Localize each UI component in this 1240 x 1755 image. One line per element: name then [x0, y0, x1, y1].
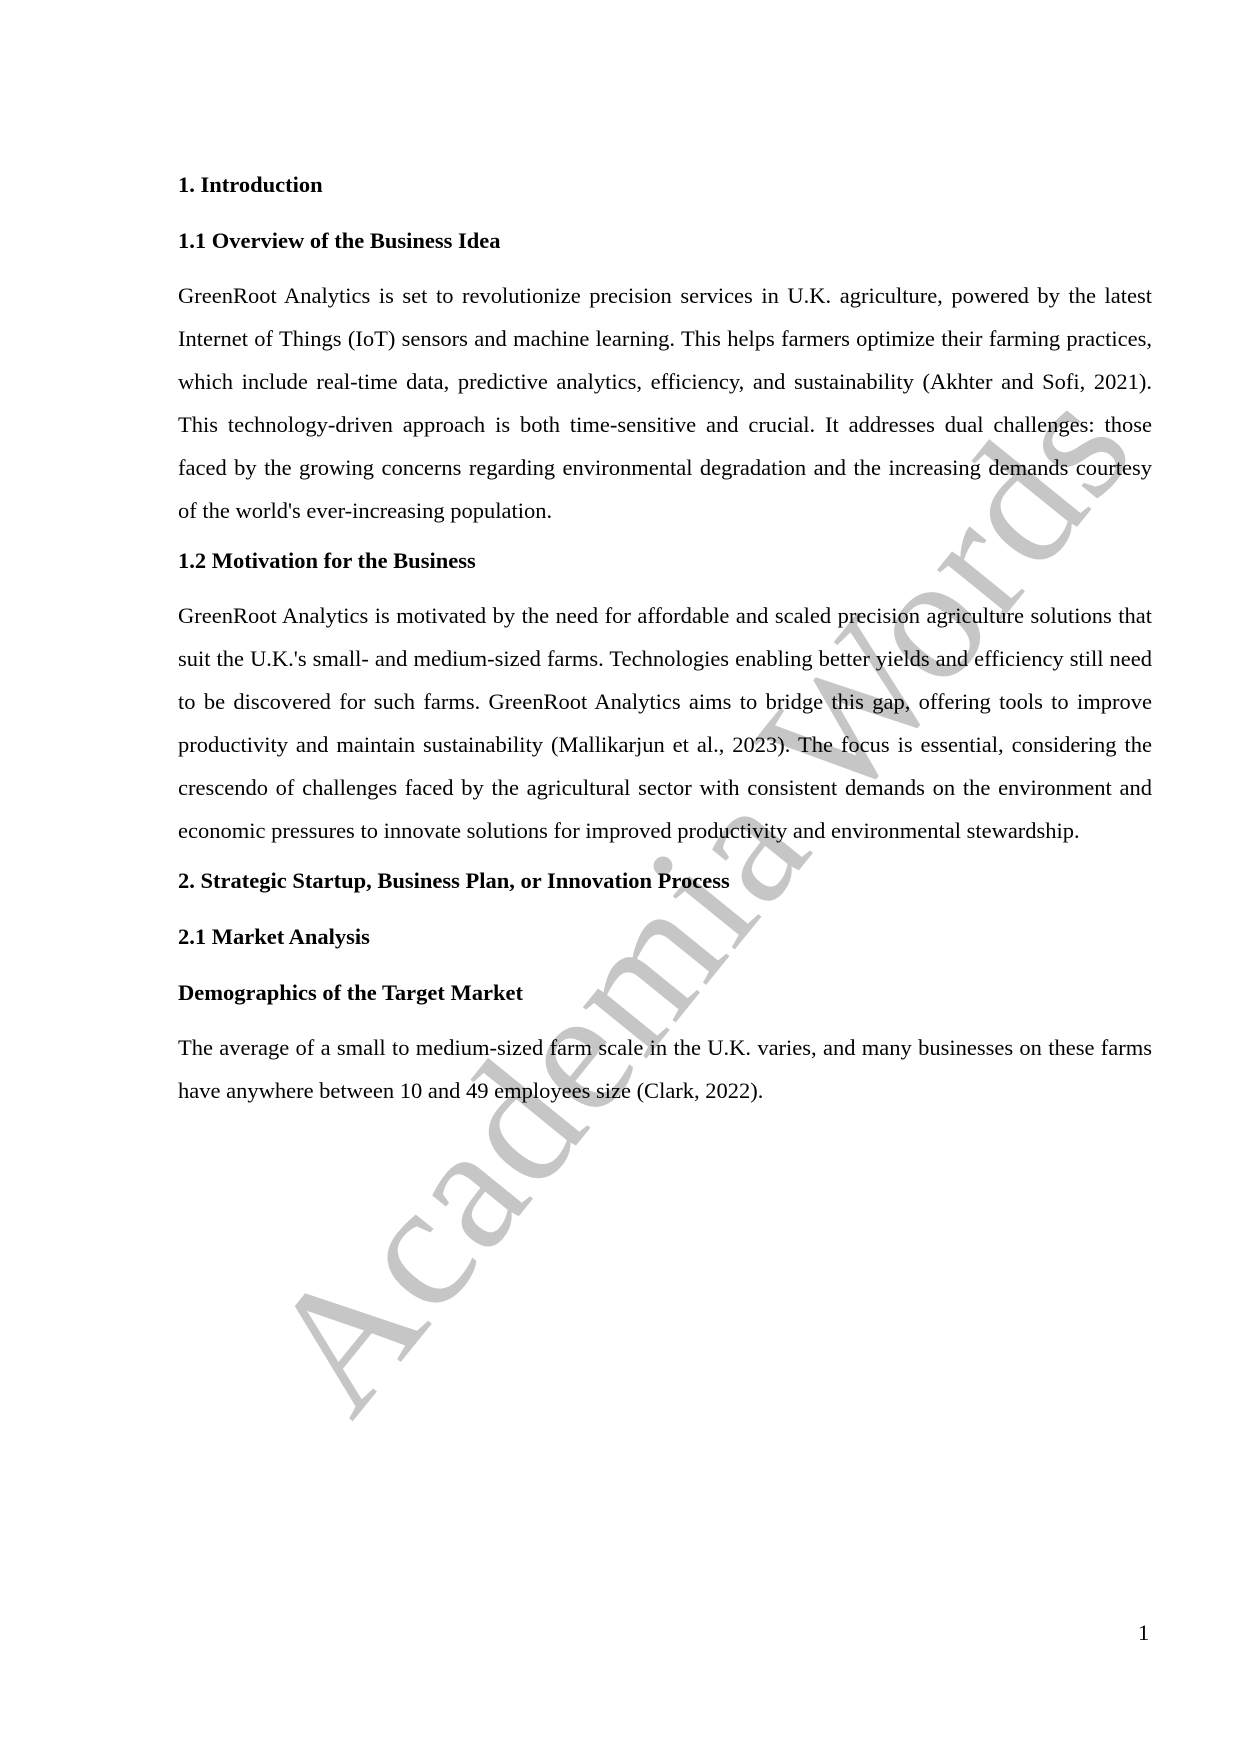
heading-strategic-startup: 2. Strategic Startup, Business Plan, or …: [178, 866, 1152, 896]
document-page: 1. Introduction 1.1 Overview of the Busi…: [178, 170, 1152, 1126]
paragraph-demographics: The average of a small to medium-sized f…: [178, 1026, 1152, 1112]
heading-overview: 1.1 Overview of the Business Idea: [178, 226, 1152, 256]
page-number: 1: [1138, 1620, 1149, 1646]
paragraph-overview: GreenRoot Analytics is set to revolution…: [178, 274, 1152, 532]
paragraph-motivation: GreenRoot Analytics is motivated by the …: [178, 594, 1152, 852]
heading-market-analysis: 2.1 Market Analysis: [178, 922, 1152, 952]
heading-introduction: 1. Introduction: [178, 170, 1152, 200]
heading-demographics: Demographics of the Target Market: [178, 978, 1152, 1008]
heading-motivation: 1.2 Motivation for the Business: [178, 546, 1152, 576]
